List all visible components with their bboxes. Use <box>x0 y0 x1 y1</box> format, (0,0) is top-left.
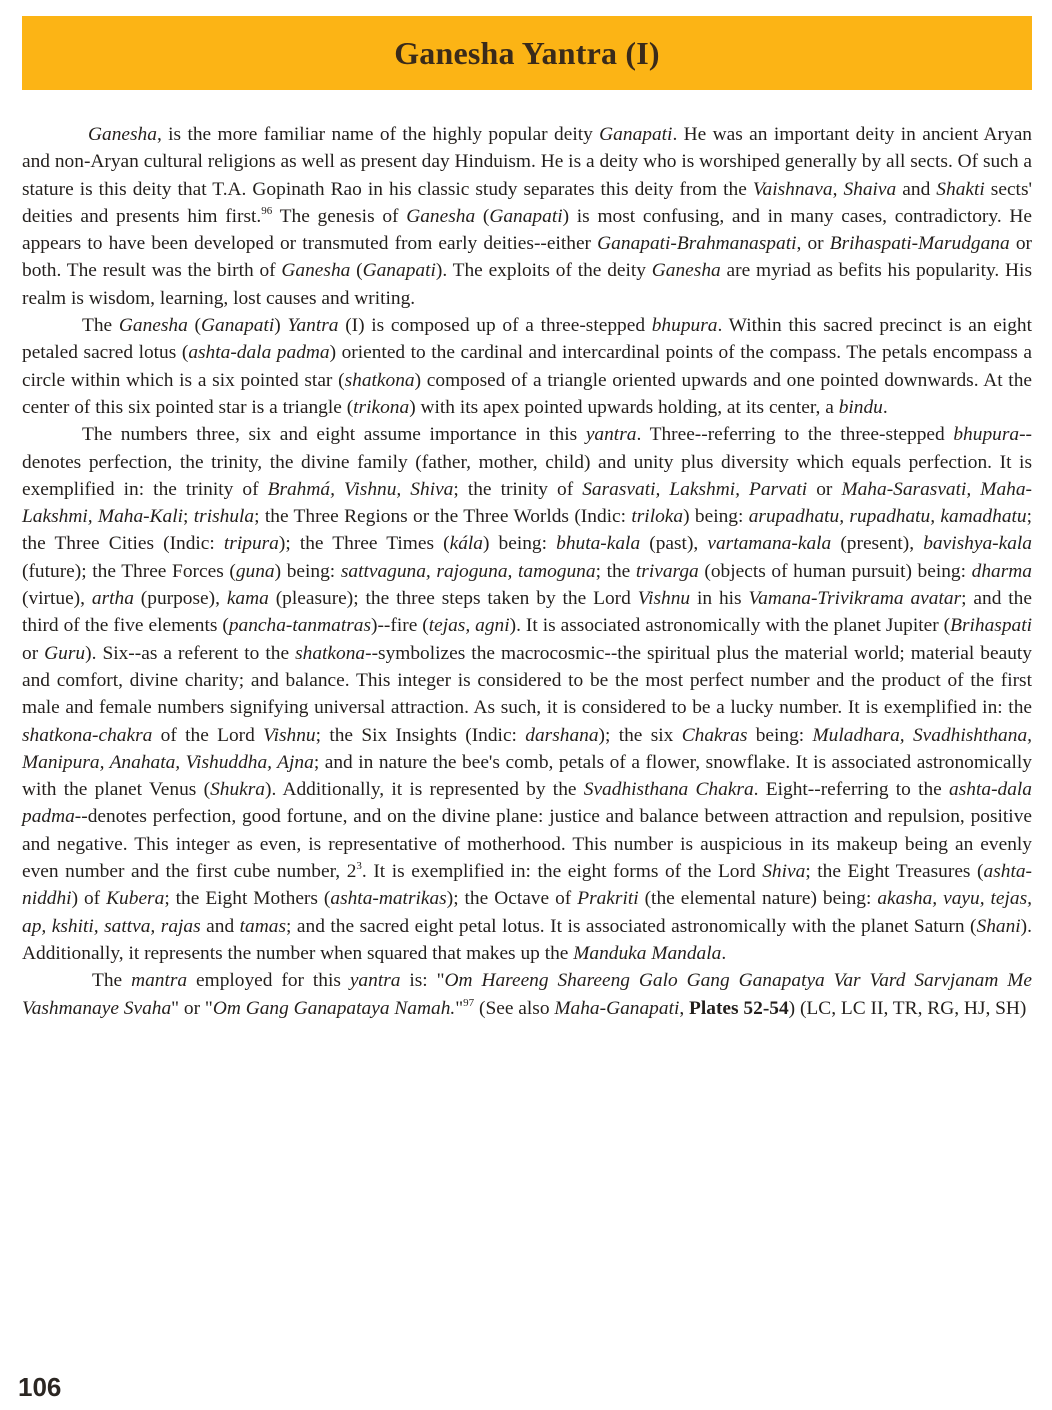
title-banner: Ganesha Yantra (I) <box>22 16 1032 90</box>
body-text: Ganesha, is the more familiar name of th… <box>22 121 1032 1022</box>
page-title: Ganesha Yantra (I) <box>394 35 660 72</box>
paragraph-intro: Ganesha, is the more familiar name of th… <box>22 121 1032 312</box>
paragraph-numbers: The numbers three, six and eight assume … <box>22 421 1032 967</box>
plates-reference: Plates 52-54 <box>689 998 789 1019</box>
page-number: 106 <box>18 1372 61 1403</box>
footnote-ref-97: 97 <box>463 997 474 1009</box>
footnote-ref-96: 96 <box>261 205 272 217</box>
paragraph-mantra: The mantra employed for this yantra is: … <box>22 967 1032 1022</box>
paragraph-composition: The Ganesha (Ganapati) Yantra (I) is com… <box>22 312 1032 421</box>
